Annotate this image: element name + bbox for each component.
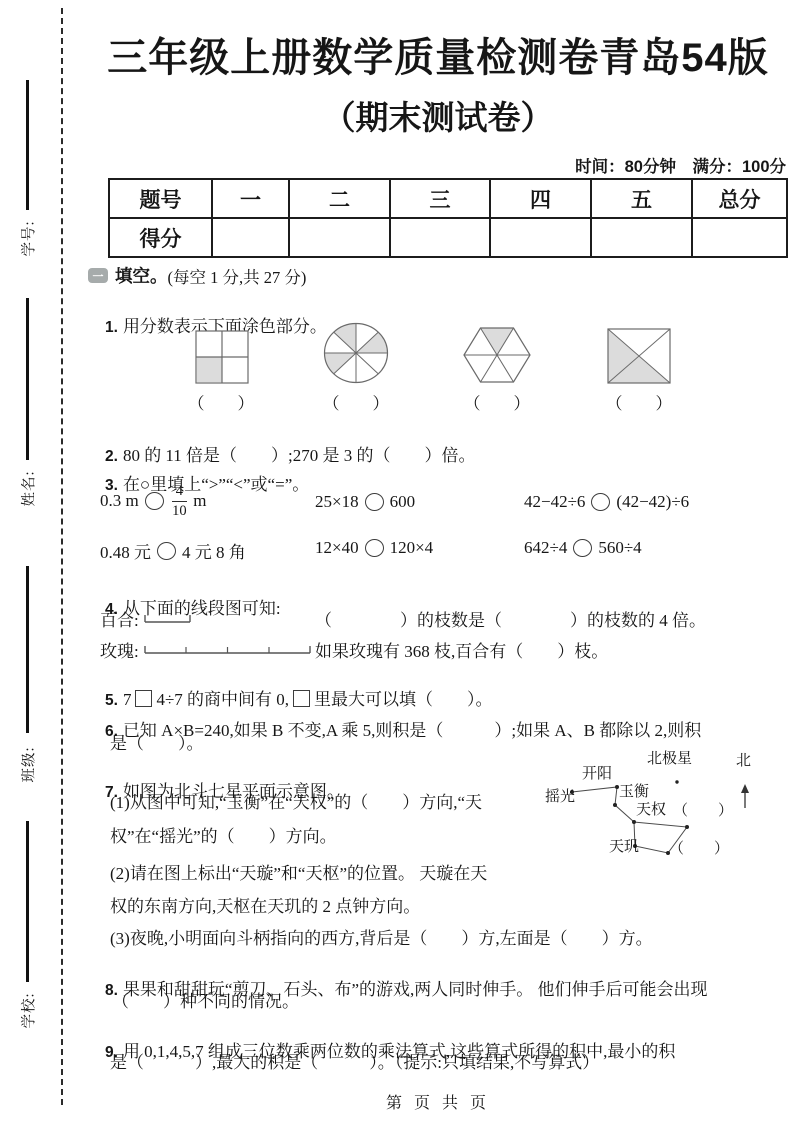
section-one-title: 填空。 xyxy=(115,263,168,288)
question-6-line2: 是（ ）。 xyxy=(110,733,204,754)
star-label-polaris: 北极星 xyxy=(647,752,692,767)
score-table-header-cell: 五 xyxy=(591,179,692,218)
comparison-item: 0.48 元 4 元 8 角 xyxy=(100,538,246,563)
big-dipper-lines xyxy=(543,750,793,878)
score-table-header-cell: 总分 xyxy=(692,179,787,218)
margin-line-school xyxy=(26,821,29,982)
comparison-left: 642÷4 xyxy=(524,538,567,558)
score-table-row-label: 得分 xyxy=(109,218,212,257)
answer-paren-2: （ ） xyxy=(323,390,389,414)
score-table: 题号 一 二 三 四 五 总分 得分 xyxy=(108,178,788,258)
comparison-right: (42−42)÷6 xyxy=(616,492,689,512)
comparison-item: 12×40 120×4 xyxy=(315,538,433,558)
fraction-figure-hexagon xyxy=(462,326,532,384)
answer-paren-3: （ ） xyxy=(464,390,530,414)
comparison-circle-icon xyxy=(365,539,384,557)
comparison-left: 0.3 m xyxy=(100,491,139,511)
answer-paren-4: （ ） xyxy=(606,390,672,414)
star-label-kaiyang: 开阳 xyxy=(582,767,612,782)
comparison-circle-icon xyxy=(573,539,592,557)
edge-label-class: 班级: xyxy=(0,736,13,792)
margin-line-class xyxy=(26,566,29,733)
section-one-icon: 一 xyxy=(88,268,108,283)
star-label-tianquan: 天权 xyxy=(636,803,666,818)
score-table-empty-cell xyxy=(591,218,692,257)
comparison-right: 120×4 xyxy=(390,538,434,558)
score-table-empty-cell xyxy=(390,218,490,257)
question-7-sub2-line1: (2)请在图上标出“天璇”和“天枢”的位置。 天璇在天 xyxy=(110,863,487,884)
score-table-empty-cell xyxy=(212,218,289,257)
margin-label-name: 姓名: xyxy=(8,460,48,516)
question-8: 8.果果和甜甜玩“剪刀、石头、布”的游戏,两人同时伸手。 他们伸手后可能会出现 xyxy=(88,958,708,1022)
question-7-sub1-line2: 权”在“摇光”的（ ）方向。 xyxy=(110,826,337,847)
question-9-line2: 是（ ）,最大的积是（ ）。（提示:只填结果,不写算式） xyxy=(110,1052,599,1073)
score-table-header-cell: 三 xyxy=(390,179,490,218)
margin-label-student-id: 学号: xyxy=(8,210,48,266)
answer-paren-1: （ ） xyxy=(188,390,254,414)
margin-label-school: 学校: xyxy=(8,982,48,1038)
question-1-number: 1. xyxy=(105,319,118,336)
question-8-line2: （ ）种不同的情况。 xyxy=(112,991,299,1012)
comparison-item: 0.3 m 410 m xyxy=(100,482,206,520)
star-label-yuheng: 玉衡 xyxy=(619,785,649,800)
comparison-circle-icon xyxy=(157,542,176,560)
edge-label-student-id: 学号: xyxy=(0,210,13,266)
comparison-right: 600 xyxy=(390,492,416,512)
comparison-right: m xyxy=(189,491,206,511)
question-4-line2: 如果玫瑰有 368 枝,百合有（ ）枝。 xyxy=(315,637,608,662)
comparison-right: 4 元 8 角 xyxy=(182,538,246,563)
comparison-circle-icon xyxy=(591,493,610,511)
edge-label-name: 姓名: xyxy=(0,460,13,516)
big-dipper-diagram: 北极星 北 开阳 摇光 玉衡 天权 （ ） 天玑 （ ） xyxy=(543,750,793,878)
north-arrow-icon xyxy=(741,784,749,808)
comparison-item: 25×18 600 xyxy=(315,492,415,512)
fraction-figure-square-x xyxy=(607,328,671,384)
comparison-circle-icon xyxy=(365,493,384,511)
margin-label-class: 班级: xyxy=(8,736,48,792)
score-table-header-cell: 二 xyxy=(289,179,390,218)
page-subtitle: （期末测试卷） xyxy=(88,92,788,139)
page-title: 三年级上册数学质量检测卷青岛54版 xyxy=(88,26,788,83)
section-one-header: 一 填空。 (每空 1 分,共 27 分) xyxy=(88,263,306,288)
edge-label-school: 学校: xyxy=(0,982,13,1038)
comparison-item: 642÷4 560÷4 xyxy=(524,538,642,558)
rose-label: 玫瑰: xyxy=(100,637,139,662)
footer-page-number: 第 页 共 页 xyxy=(88,1090,788,1113)
star-label-yaoguang: 摇光 xyxy=(545,790,575,805)
comparison-left: 42−42÷6 xyxy=(524,492,585,512)
margin-line-name xyxy=(26,298,29,460)
score-table-empty-cell xyxy=(692,218,787,257)
exam-meta: 时间：80分钟 满分：100分 xyxy=(88,153,786,177)
rose-segment-diagram xyxy=(144,642,312,656)
question-7-sub1-line1: (1)从图中可知,“玉衡”在“天权”的（ ）方向,“天 xyxy=(110,792,482,813)
lily-label: 百合: xyxy=(100,606,139,631)
binding-dashed-line xyxy=(61,8,63,1105)
question-4-line1: （ ）的枝数是（ ）的枝数的 4 倍。 xyxy=(315,606,706,631)
question-7-sub3: (3)夜晚,小明面向斗柄指向的西方,背后是（ ）方,左面是（ ）方。 xyxy=(110,928,653,949)
question-7-sub2-line2: 权的东南方向,天枢在天玑的 2 点钟方向。 xyxy=(110,896,420,917)
exam-paper-page: 学号: 姓名: 班级: 学校: 学号: 姓名: 班级: 学校: 三年级上册数学质… xyxy=(0,0,793,1122)
margin-line-student-id xyxy=(26,80,29,210)
tianquan-answer-slot: （ ） xyxy=(673,804,733,819)
question-6-line1: 已知 A×B=240,如果 B 不变,A 乘 5,则积是（ ）;如果 A、B 都… xyxy=(123,721,701,740)
section-one-note: (每空 1 分,共 27 分) xyxy=(168,264,307,288)
star-label-tianji: 天玑 xyxy=(609,840,639,855)
lily-segment-diagram xyxy=(144,611,192,625)
north-label: 北 xyxy=(736,754,751,769)
comparison-left: 0.48 元 xyxy=(100,538,151,563)
tianji-answer-slot: （ ） xyxy=(669,842,729,857)
comparison-left: 12×40 xyxy=(315,538,359,558)
comparison-left: 25×18 xyxy=(315,492,359,512)
fraction-figure-square xyxy=(195,330,249,384)
score-table-header-cell: 一 xyxy=(212,179,289,218)
comparison-circle-icon xyxy=(145,492,164,510)
score-table-empty-cell xyxy=(289,218,390,257)
score-table-header-cell: 四 xyxy=(490,179,591,218)
score-table-header-cell: 题号 xyxy=(109,179,212,218)
fraction-figure-circle xyxy=(323,322,389,384)
comparison-item: 42−42÷6 (42−42)÷6 xyxy=(524,492,689,512)
comparison-right: 560÷4 xyxy=(598,538,641,558)
score-table-empty-cell xyxy=(490,218,591,257)
fraction-four-tenths: 410 xyxy=(172,483,187,519)
